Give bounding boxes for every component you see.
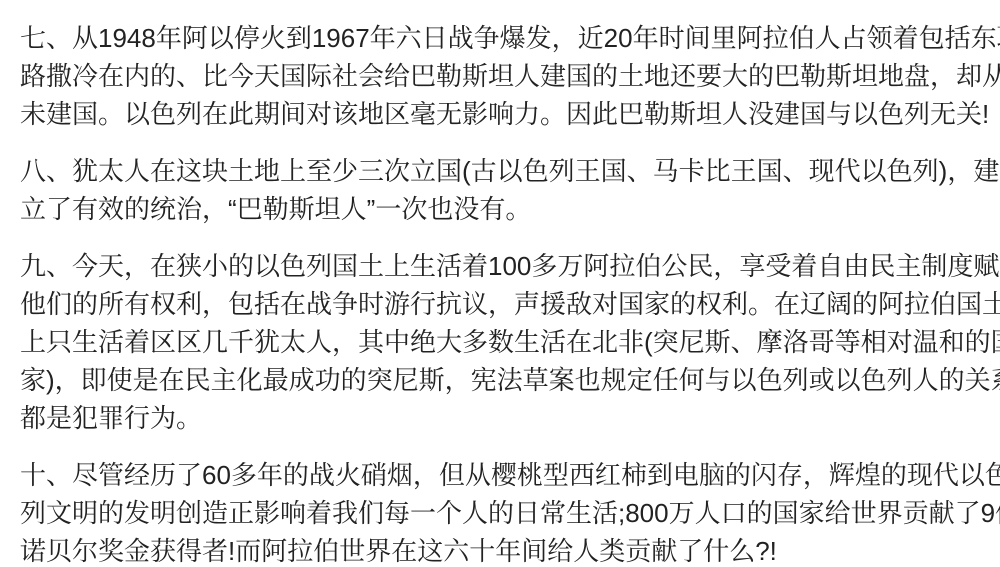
text-line: 八、犹太人在这块土地上至少三次立国(古以色列王国、马卡比王国、现代以色列)，建 <box>20 152 986 190</box>
text-line: 九、今天，在狭小的以色列国土上生活着100多万阿拉伯公民，享受着自由民主制度赋予 <box>20 247 986 285</box>
text-line: 上只生活着区区几千犹太人，其中绝大多数生活在北非(突尼斯、摩洛哥等相对温和的国 <box>20 323 986 361</box>
text-line: 家)，即使是在民主化最成功的突尼斯，宪法草案也规定任何与以色列或以色列人的关系 <box>20 361 986 399</box>
paragraph-nine: 九、今天，在狭小的以色列国土上生活着100多万阿拉伯公民，享受着自由民主制度赋予… <box>20 247 986 437</box>
text-line: 未建国。以色列在此期间对该地区毫无影响力。因此巴勒斯坦人没建国与以色列无关! <box>20 95 986 133</box>
paragraph-eight: 八、犹太人在这块土地上至少三次立国(古以色列王国、马卡比王国、现代以色列)，建 … <box>20 152 986 228</box>
paragraph-seven: 七、从1948年阿以停火到1967年六日战争爆发，近20年时间里阿拉伯人占领着包… <box>20 19 986 133</box>
article-text: 七、从1948年阿以停火到1967年六日战争爆发，近20年时间里阿拉伯人占领着包… <box>0 0 1000 567</box>
text-line: 立了有效的统治，“巴勒斯坦人”一次也没有。 <box>20 190 986 228</box>
text-line: 七、从1948年阿以停火到1967年六日战争爆发，近20年时间里阿拉伯人占领着包… <box>20 19 986 57</box>
text-line: 路撒冷在内的、比今天国际社会给巴勒斯坦人建国的土地还要大的巴勒斯坦地盘，却从 <box>20 57 986 95</box>
text-line: 列文明的发明创造正影响着我们每一个人的日常生活;800万人口的国家给世界贡献了9… <box>20 494 986 532</box>
text-line: 他们的所有权利，包括在战争时游行抗议，声援敌对国家的权利。在辽阔的阿拉伯国土 <box>20 285 986 323</box>
text-line: 十、尽管经历了60多年的战火硝烟，但从樱桃型西红柿到电脑的闪存，辉煌的现代以色 <box>20 456 986 494</box>
text-line: 诺贝尔奖金获得者!而阿拉伯世界在这六十年间给人类贡献了什么?! <box>20 532 986 567</box>
paragraph-ten: 十、尽管经历了60多年的战火硝烟，但从樱桃型西红柿到电脑的闪存，辉煌的现代以色 … <box>20 456 986 567</box>
text-line: 都是犯罪行为。 <box>20 399 986 437</box>
